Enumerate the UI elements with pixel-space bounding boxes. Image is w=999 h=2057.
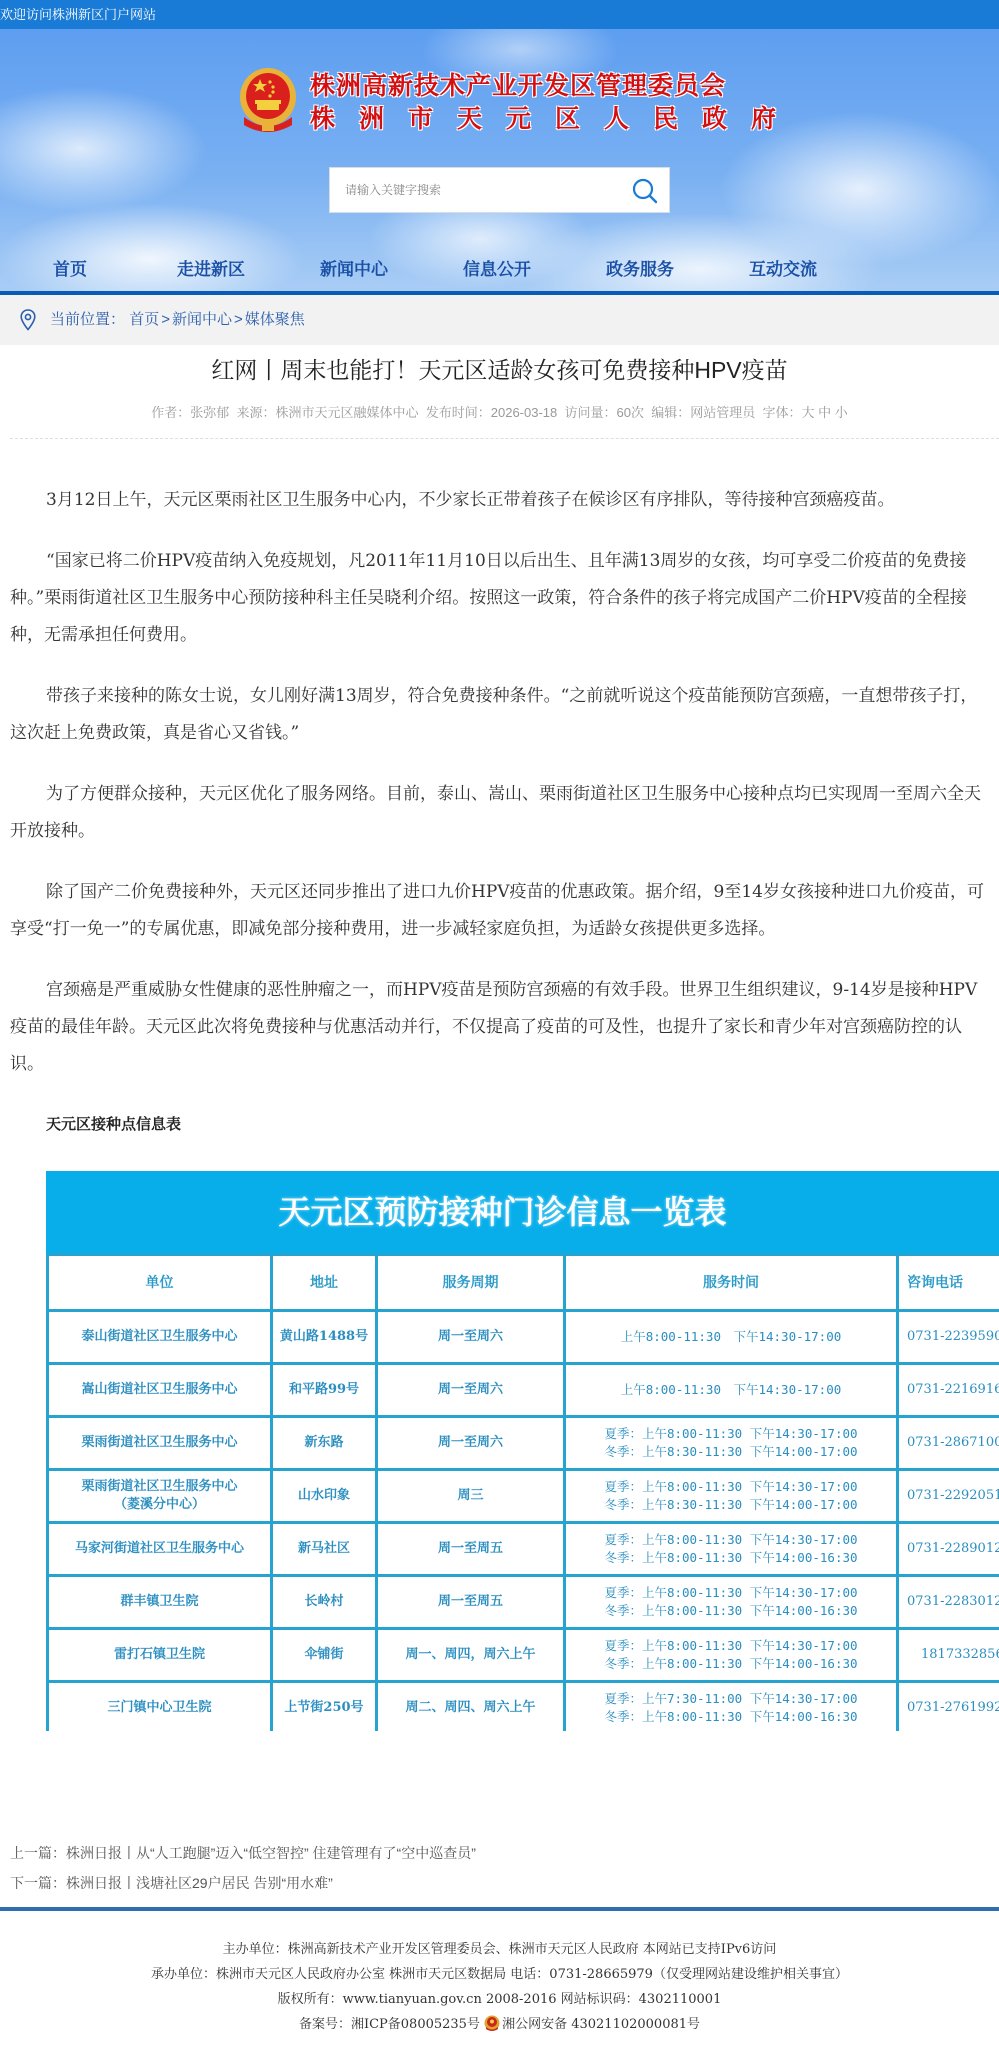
table-banner: 天元区预防接种门诊信息一览表 xyxy=(46,1171,999,1253)
article-body: 3月12日上午，天元区栗雨社区卫生服务中心内，不少家长正带着孩子在候诊区有序排队… xyxy=(10,482,990,1107)
nav-item-news[interactable]: 新闻中心 xyxy=(320,249,388,291)
search-icon[interactable] xyxy=(631,177,659,205)
winter-hours: 冬季：上午8:30-11:30 下午14:00-17:00 xyxy=(568,1496,894,1514)
breadcrumb-media-focus[interactable]: 媒体聚焦 xyxy=(245,311,305,328)
prev-article-link[interactable]: 株洲日报丨从“人工跑腿”迈入“低空智控” 住建管理有了“空中巡查员” xyxy=(66,1845,476,1861)
table-row: 雷打石镇卫生院 伞铺街 周一、周四，周六上午 夏季：上午8:00-11:30 下… xyxy=(48,1629,999,1682)
font-size-large-button[interactable]: 大 xyxy=(801,405,814,420)
cell-unit: 马家河街道社区卫生服务中心 xyxy=(48,1523,272,1576)
cell-phone: 0731-2289012 xyxy=(898,1523,999,1576)
summer-hours: 夏季：上午8:00-11:30 下午14:30-17:00 xyxy=(568,1584,894,1602)
cell-time: 夏季：上午8:00-11:30 下午14:30-17:00冬季：上午8:00-1… xyxy=(565,1629,898,1682)
cell-period: 周二、周四、周六上午 xyxy=(377,1682,565,1732)
header-address: 地址 xyxy=(272,1255,377,1311)
prev-next-links: 上一篇：株洲日报丨从“人工跑腿”迈入“低空智控” 住建管理有了“空中巡查员” 下… xyxy=(10,1838,476,1898)
footer-copyright: 版权所有：www.tianyuan.gov.cn 2008-2016 网站标识码… xyxy=(0,1987,999,2012)
paragraph: 为了方便群众接种，天元区优化了服务网络。目前，泰山、嵩山、栗雨街道社区卫生服务中… xyxy=(10,776,990,850)
winter-hours: 冬季：上午8:30-11:30 下午14:00-17:00 xyxy=(568,1443,894,1461)
breadcrumb: 当前位置： 首页>新闻中心>媒体聚焦 xyxy=(0,295,999,345)
nav-item-home[interactable]: 首页 xyxy=(53,249,87,291)
paragraph: “国家已将二价HPV疫苗纳入免疫规划，凡2011年11月10日以后出生、且年满1… xyxy=(10,543,990,654)
article-meta: 作者：张弥郁 来源：株洲市天元区融媒体中心 发布时间：2026-03-18 访问… xyxy=(0,403,999,423)
cell-unit: 雷打石镇卫生院 xyxy=(48,1629,272,1682)
cell-period: 周一至周五 xyxy=(377,1576,565,1629)
search-box xyxy=(329,167,670,213)
views-label: 访问量： xyxy=(564,405,616,420)
summer-hours: 夏季：上午8:00-11:30 下午14:30-17:00 xyxy=(568,1531,894,1549)
cell-time: 夏季：上午7:30-11:00 下午14:30-17:00冬季：上午8:00-1… xyxy=(565,1682,898,1732)
nav-item-interaction[interactable]: 互动交流 xyxy=(749,249,817,291)
header-phone: 咨询电话 xyxy=(898,1255,999,1311)
cell-phone: 18173328561 xyxy=(898,1629,999,1682)
cell-period: 周一至周六 xyxy=(377,1364,565,1417)
main-nav: 首页 走进新区 新闻中心 信息公开 政务服务 互动交流 xyxy=(0,249,999,291)
table-row: 马家河街道社区卫生服务中心 新马社区 周一至周五 夏季：上午8:00-11:30… xyxy=(48,1523,999,1576)
cell-unit: 群丰镇卫生院 xyxy=(48,1576,272,1629)
table-row: 泰山街道社区卫生服务中心 黄山路1488号 周一至周六 上午8:00-11:30… xyxy=(48,1311,999,1364)
source-label: 来源： xyxy=(236,405,275,420)
unit-subname: （菱溪分中心） xyxy=(51,1496,268,1514)
publish-date: 2026-03-18 xyxy=(491,405,558,420)
breadcrumb-label: 当前位置： xyxy=(50,311,125,328)
cell-phone: 0731-2216916 xyxy=(898,1364,999,1417)
winter-hours: 冬季：上午8:00-11:30 下午14:00-16:30 xyxy=(568,1602,894,1620)
view-count: 60次 xyxy=(617,405,644,420)
cell-address: 黄山路1488号 xyxy=(272,1311,377,1364)
table-row: 三门镇中心卫生院 上节街250号 周二、周四、周六上午 夏季：上午7:30-11… xyxy=(48,1682,999,1732)
site-title-line2: 株洲市天元区人民政府 xyxy=(310,102,800,135)
cell-time: 夏季：上午8:00-11:30 下午14:30-17:00冬季：上午8:00-1… xyxy=(565,1576,898,1629)
cell-unit: 泰山街道社区卫生服务中心 xyxy=(48,1311,272,1364)
winter-hours: 冬季：上午8:00-11:30 下午14:00-16:30 xyxy=(568,1549,894,1567)
header-banner: 株洲高新技术产业开发区管理委员会 株洲市天元区人民政府 首页 走进新区 新闻中心… xyxy=(0,29,999,291)
next-article-link[interactable]: 株洲日报丨浅塘社区29户居民 告别“用水难” xyxy=(66,1875,333,1891)
site-title: 株洲高新技术产业开发区管理委员会 株洲市天元区人民政府 xyxy=(310,69,800,135)
summer-hours: 夏季：上午8:00-11:30 下午14:30-17:00 xyxy=(568,1425,894,1443)
winter-hours: 冬季：上午8:00-11:30 下午14:00-16:30 xyxy=(568,1655,894,1673)
cell-time: 上午8:00-11:30 下午14:30-17:00 xyxy=(565,1311,898,1364)
welcome-bar: 欢迎访问株洲新区门户网站 xyxy=(0,0,999,29)
cell-period: 周一至周六 xyxy=(377,1311,565,1364)
breadcrumb-separator: > xyxy=(234,311,243,328)
welcome-text: 欢迎访问株洲新区门户网站 xyxy=(0,7,156,22)
cell-address: 长岭村 xyxy=(272,1576,377,1629)
breadcrumb-news-center[interactable]: 新闻中心 xyxy=(172,311,232,328)
vaccination-table: 单位 地址 服务周期 服务时间 咨询电话 泰山街道社区卫生服务中心 黄山路148… xyxy=(46,1253,999,1731)
cell-phone: 0731-2867100 xyxy=(898,1417,999,1470)
footer-divider xyxy=(0,1907,999,1911)
cell-time: 上午8:00-11:30 下午14:30-17:00 xyxy=(565,1364,898,1417)
paragraph: 除了国产二价免费接种外，天元区还同步推出了进口九价HPV疫苗的优惠政策。据介绍，… xyxy=(10,874,990,948)
author-label: 作者： xyxy=(151,405,190,420)
cell-period: 周一至周六 xyxy=(377,1417,565,1470)
police-record-link[interactable]: 湘公网安备 43021102000081号 xyxy=(502,2017,700,2032)
font-size-medium-button[interactable]: 中 xyxy=(818,405,831,420)
table-row: 栗雨街道社区卫生服务中心（菱溪分中心） 山水印象 周三 夏季：上午8:00-11… xyxy=(48,1470,999,1523)
cell-address: 和平路99号 xyxy=(272,1364,377,1417)
header-unit: 单位 xyxy=(48,1255,272,1311)
cell-unit: 栗雨街道社区卫生服务中心 xyxy=(48,1417,272,1470)
cell-period: 周三 xyxy=(377,1470,565,1523)
breadcrumb-home[interactable]: 首页 xyxy=(129,311,159,328)
cell-phone: 0731-2761992 xyxy=(898,1682,999,1732)
national-emblem-icon xyxy=(238,67,298,133)
paragraph: 宫颈癌是严重威胁女性健康的恶性肿瘤之一，而HPV疫苗是预防宫颈癌的有效手段。世界… xyxy=(10,972,990,1083)
date-label: 发布时间： xyxy=(426,405,491,420)
cell-phone: 0731-2292051 xyxy=(898,1470,999,1523)
table-row: 群丰镇卫生院 长岭村 周一至周五 夏季：上午8:00-11:30 下午14:30… xyxy=(48,1576,999,1629)
meta-divider xyxy=(10,438,999,439)
table-caption: 天元区接种点信息表 xyxy=(46,1113,181,1134)
cell-period: 周一至周五 xyxy=(377,1523,565,1576)
table-header-row: 单位 地址 服务周期 服务时间 咨询电话 xyxy=(48,1255,999,1311)
site-title-line1: 株洲高新技术产业开发区管理委员会 xyxy=(310,69,800,102)
next-article: 下一篇：株洲日报丨浅塘社区29户居民 告别“用水难” xyxy=(10,1868,476,1898)
footer-record: 备案号：湘ICP备08005235号 湘公网安备 43021102000081号 xyxy=(0,2012,999,2037)
cell-time: 夏季：上午8:00-11:30 下午14:30-17:00冬季：上午8:30-1… xyxy=(565,1417,898,1470)
cell-address: 山水印象 xyxy=(272,1470,377,1523)
nav-item-about[interactable]: 走进新区 xyxy=(177,249,245,291)
article-title: 红网丨周末也能打！天元区适龄女孩可免费接种HPV疫苗 xyxy=(0,352,999,388)
prev-article: 上一篇：株洲日报丨从“人工跑腿”迈入“低空智控” 住建管理有了“空中巡查员” xyxy=(10,1838,476,1868)
cell-phone: 0731-2239590 xyxy=(898,1311,999,1364)
footer-organizer: 承办单位：株洲市天元区人民政府办公室 株洲市天元区数据局 电话：0731-286… xyxy=(0,1962,999,1987)
cell-time: 夏季：上午8:00-11:30 下午14:30-17:00冬季：上午8:00-1… xyxy=(565,1523,898,1576)
cell-phone: 0731-2283012 xyxy=(898,1576,999,1629)
paragraph: 3月12日上午，天元区栗雨社区卫生服务中心内，不少家长正带着孩子在候诊区有序排队… xyxy=(10,482,990,519)
search-input[interactable] xyxy=(330,168,610,212)
prev-label: 上一篇： xyxy=(10,1845,66,1861)
summer-hours: 夏季：上午8:00-11:30 下午14:30-17:00 xyxy=(568,1637,894,1655)
cell-address: 新东路 xyxy=(272,1417,377,1470)
font-size-small-button[interactable]: 小 xyxy=(835,405,848,420)
editor-label: 编辑： xyxy=(651,405,690,420)
cell-period: 周一、周四，周六上午 xyxy=(377,1629,565,1682)
police-badge-icon xyxy=(484,2015,500,2031)
vaccination-table-image: 天元区预防接种门诊信息一览表 单位 地址 服务周期 服务时间 咨询电话 泰山街道… xyxy=(46,1171,999,1731)
nav-item-info-disclosure[interactable]: 信息公开 xyxy=(463,249,531,291)
breadcrumb-separator: > xyxy=(161,311,170,328)
author: 张弥郁 xyxy=(190,405,229,420)
summer-hours: 夏季：上午8:00-11:30 下午14:30-17:00 xyxy=(568,1478,894,1496)
cell-address: 伞铺街 xyxy=(272,1629,377,1682)
table-row: 嵩山街道社区卫生服务中心 和平路99号 周一至周六 上午8:00-11:30 下… xyxy=(48,1364,999,1417)
footer: 主办单位：株洲高新技术产业开发区管理委员会、株洲市天元区人民政府 本网站已支持I… xyxy=(0,1937,999,2037)
icp-record-link[interactable]: 备案号：湘ICP备08005235号 xyxy=(299,2017,480,2032)
summer-hours: 夏季：上午7:30-11:00 下午14:30-17:00 xyxy=(568,1690,894,1708)
cell-address: 新马社区 xyxy=(272,1523,377,1576)
winter-hours: 冬季：上午8:00-11:30 下午14:00-16:30 xyxy=(568,1708,894,1726)
header-time: 服务时间 xyxy=(565,1255,898,1311)
cell-address: 上节街250号 xyxy=(272,1682,377,1732)
paragraph: 带孩子来接种的陈女士说，女儿刚好满13周岁，符合免费接种条件。“之前就听说这个疫… xyxy=(10,678,990,752)
font-size-label: 字体： xyxy=(762,405,801,420)
footer-sponsor: 主办单位：株洲高新技术产业开发区管理委员会、株洲市天元区人民政府 本网站已支持I… xyxy=(0,1937,999,1962)
header-period: 服务周期 xyxy=(377,1255,565,1311)
cell-unit: 栗雨街道社区卫生服务中心（菱溪分中心） xyxy=(48,1470,272,1523)
cell-unit: 嵩山街道社区卫生服务中心 xyxy=(48,1364,272,1417)
cell-time: 夏季：上午8:00-11:30 下午14:30-17:00冬季：上午8:30-1… xyxy=(565,1470,898,1523)
source: 株洲市天元区融媒体中心 xyxy=(275,405,418,420)
cell-unit: 三门镇中心卫生院 xyxy=(48,1682,272,1732)
nav-item-gov-services[interactable]: 政务服务 xyxy=(606,249,674,291)
table-row: 栗雨街道社区卫生服务中心 新东路 周一至周六 夏季：上午8:00-11:30 下… xyxy=(48,1417,999,1470)
next-label: 下一篇： xyxy=(10,1875,66,1891)
unit-name: 栗雨街道社区卫生服务中心 xyxy=(51,1478,268,1496)
location-pin-icon xyxy=(20,309,36,331)
editor: 网站管理员 xyxy=(690,405,755,420)
